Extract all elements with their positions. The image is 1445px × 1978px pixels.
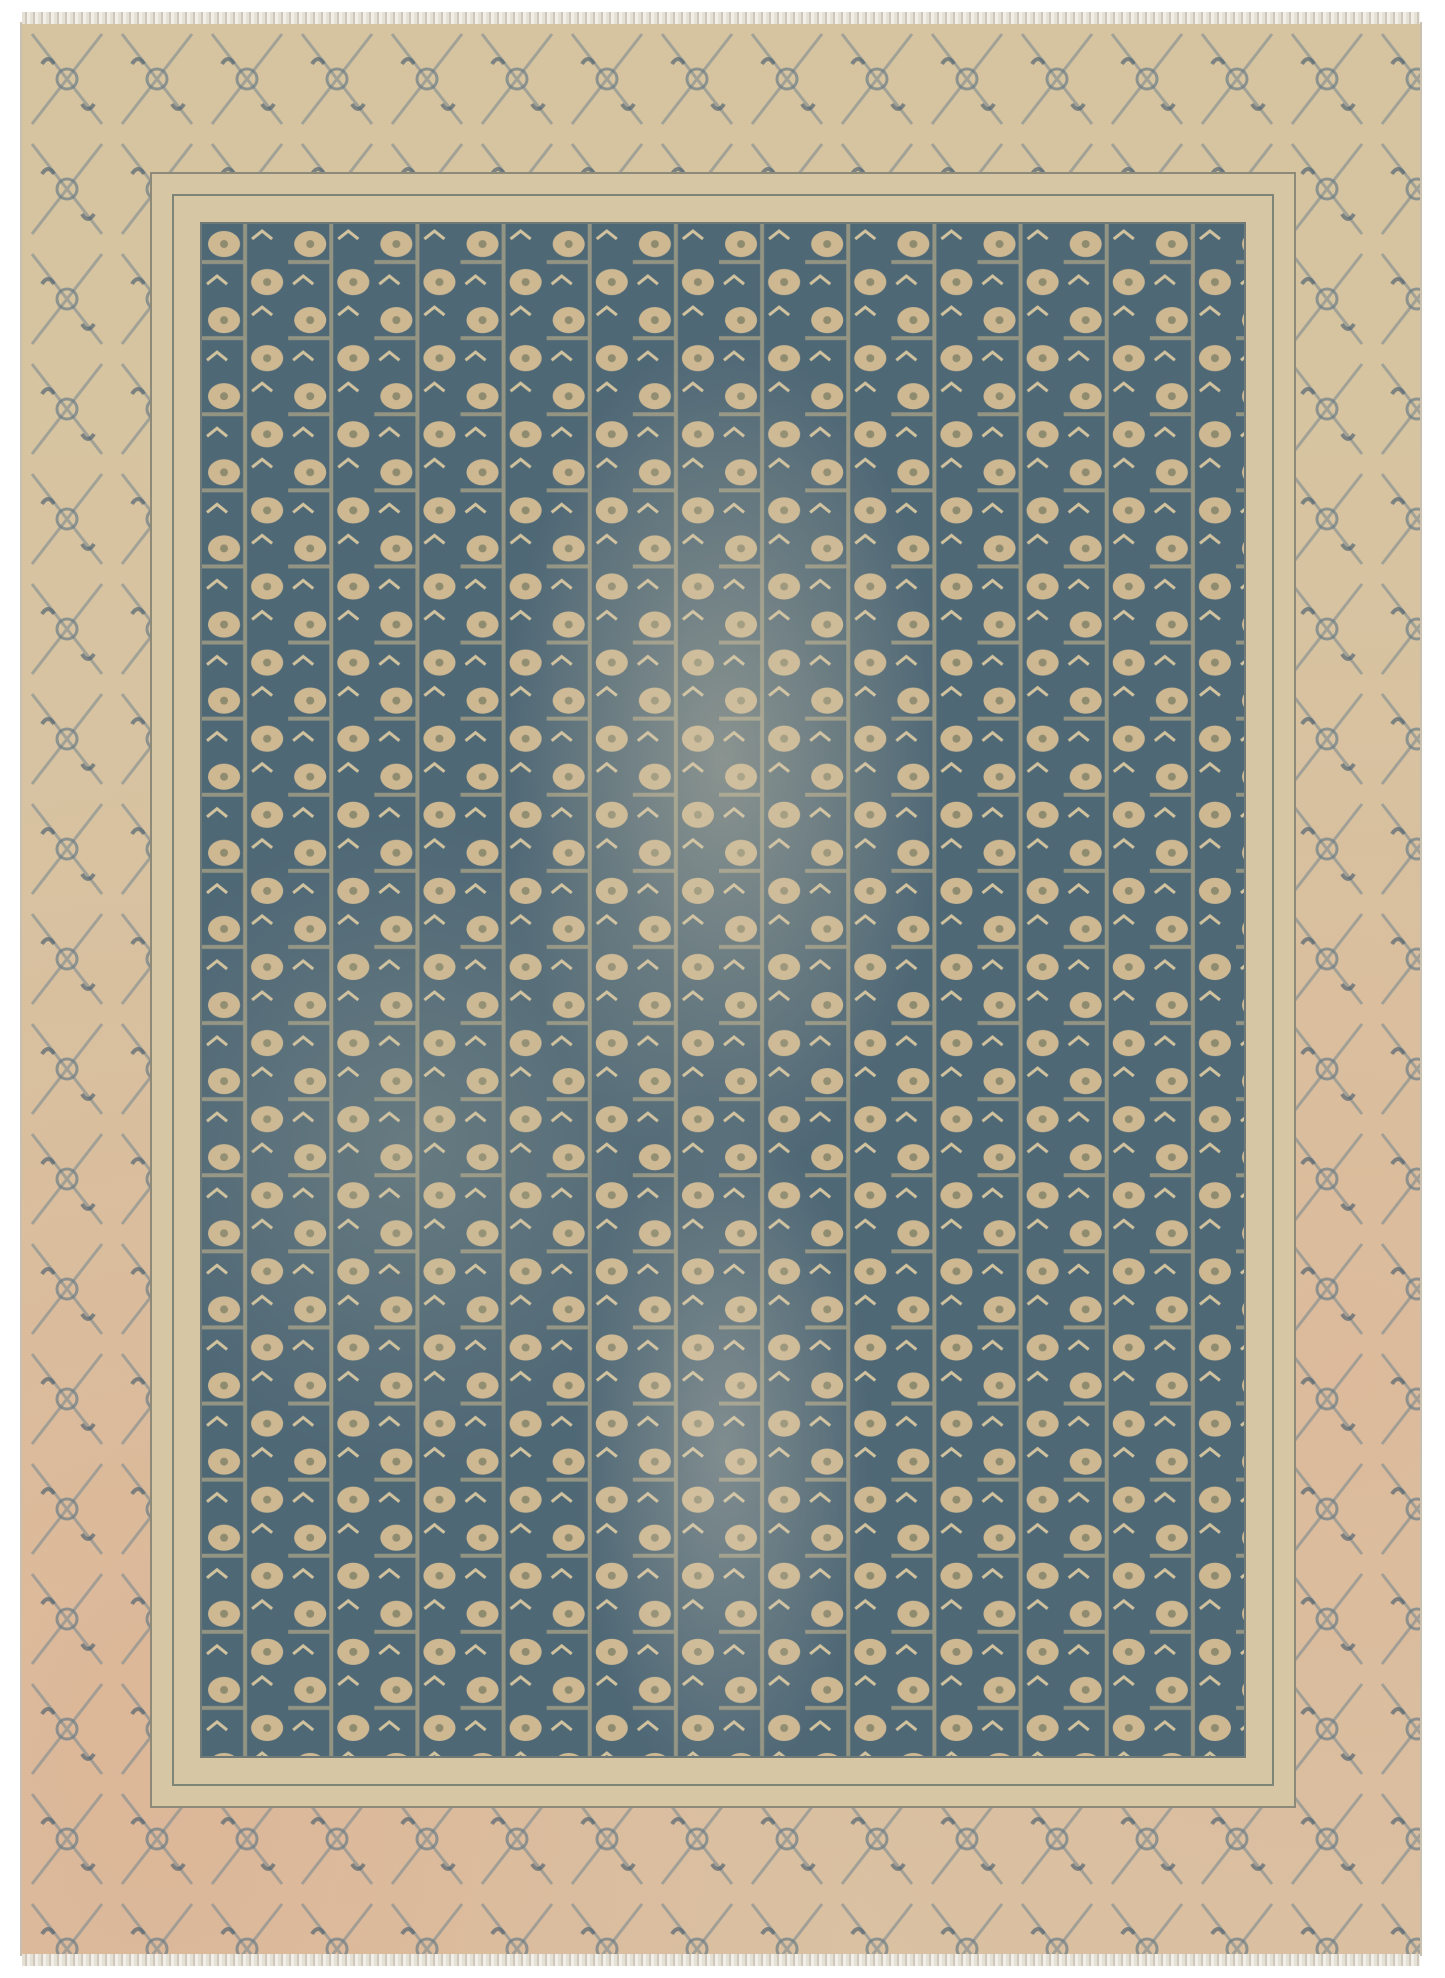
bottom-fringe — [22, 1952, 1420, 1966]
worn-areas — [202, 224, 1244, 1756]
rug — [22, 24, 1420, 1954]
guard-border — [150, 172, 1296, 1808]
center-field — [200, 222, 1246, 1758]
